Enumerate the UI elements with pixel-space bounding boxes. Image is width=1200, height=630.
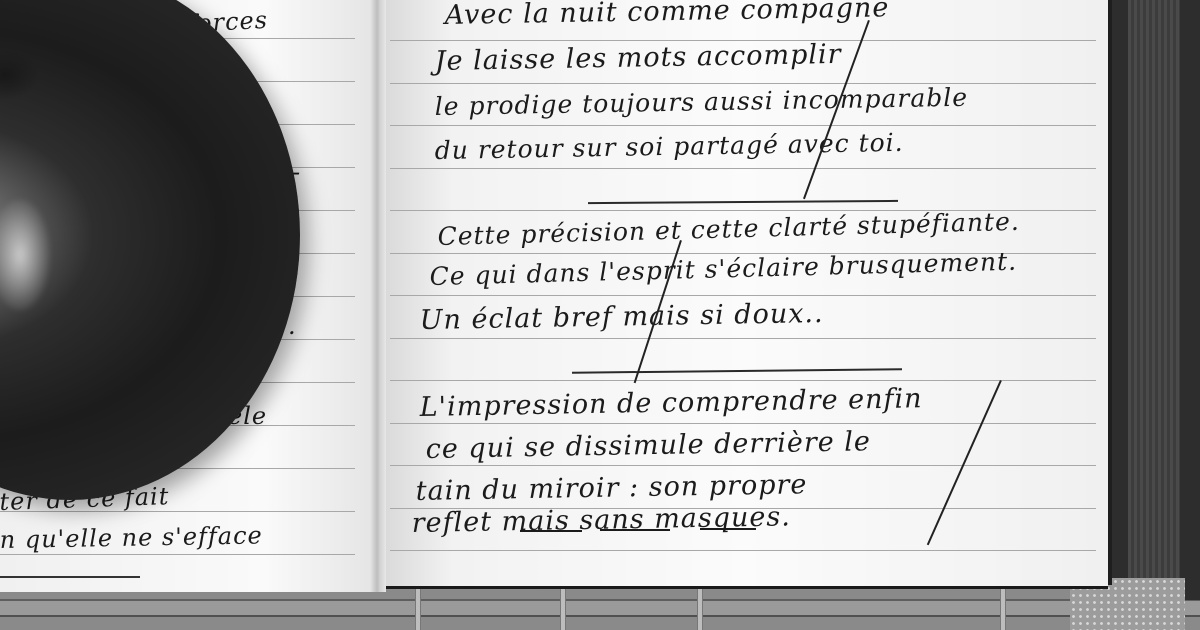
ruled-line — [390, 295, 1096, 296]
ruled-line — [390, 423, 1096, 424]
strikethrough — [520, 530, 582, 532]
apple-dimple — [0, 50, 40, 100]
apple-highlight — [0, 200, 50, 310]
ruled-line — [390, 380, 1096, 381]
notebook-photo: forces e - . ele ter de ce fait n qu'ell… — [0, 0, 1200, 630]
fabric-strap — [1128, 0, 1180, 630]
strikethrough — [700, 528, 756, 530]
ruled-line — [390, 125, 1096, 126]
ruled-line — [390, 83, 1096, 84]
ruled-line — [390, 338, 1096, 339]
strikethrough — [600, 529, 670, 531]
ruled-line — [390, 168, 1096, 169]
handwriting-fragment: . — [288, 312, 297, 340]
section-divider — [0, 576, 140, 578]
ruled-line — [390, 550, 1096, 551]
ruled-line — [0, 554, 355, 555]
handwriting-line: n qu'elle ne s'efface — [0, 521, 263, 554]
handwriting-line: reflet mais sans masques. — [411, 501, 791, 539]
page-gutter — [370, 0, 386, 592]
ruled-line — [390, 465, 1096, 466]
